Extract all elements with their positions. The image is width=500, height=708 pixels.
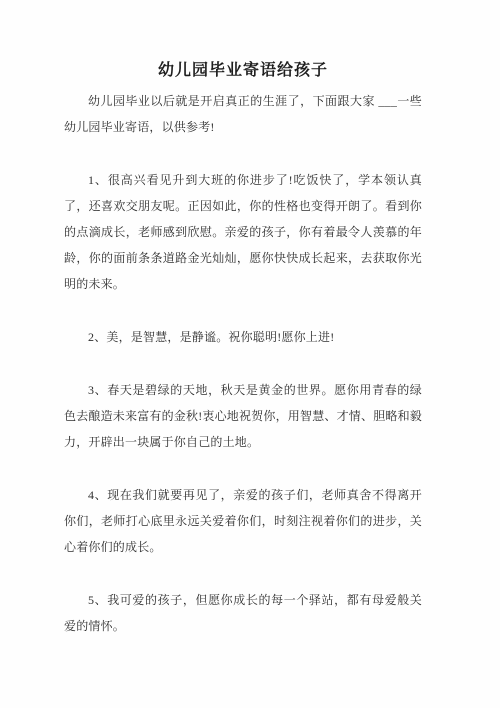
paragraph-1: 1、很高兴看见升到大班的你进步了!吃饭快了，学本领认真了，还喜欢交朋友呢。正因如… xyxy=(64,167,422,297)
page-title: 幼儿园毕业寄语给孩子 xyxy=(64,58,422,84)
paragraph-4: 4、现在我们就要再见了，亲爱的孩子们，老师真舍不得离开你们，老师打心底里永远关爱… xyxy=(64,482,422,560)
paragraph-3: 3、春天是碧绿的天地，秋天是黄金的世界。愿你用青春的绿色去酿造未来富有的金秋!衷… xyxy=(64,377,422,455)
intro-paragraph: 幼儿园毕业以后就是开启真正的生涯了，下面跟大家 ___一些幼儿园毕业寄语，以供参… xyxy=(64,88,422,140)
document-page: 幼儿园毕业寄语给孩子 幼儿园毕业以后就是开启真正的生涯了，下面跟大家 ___一些… xyxy=(0,0,500,708)
paragraph-5: 5、我可爱的孩子，但愿你成长的每一个驿站，都有母爱般关爱的情怀。 xyxy=(64,587,422,639)
paragraph-2: 2、美，是智慧，是静谧。祝你聪明!愿你上进! xyxy=(64,324,422,350)
